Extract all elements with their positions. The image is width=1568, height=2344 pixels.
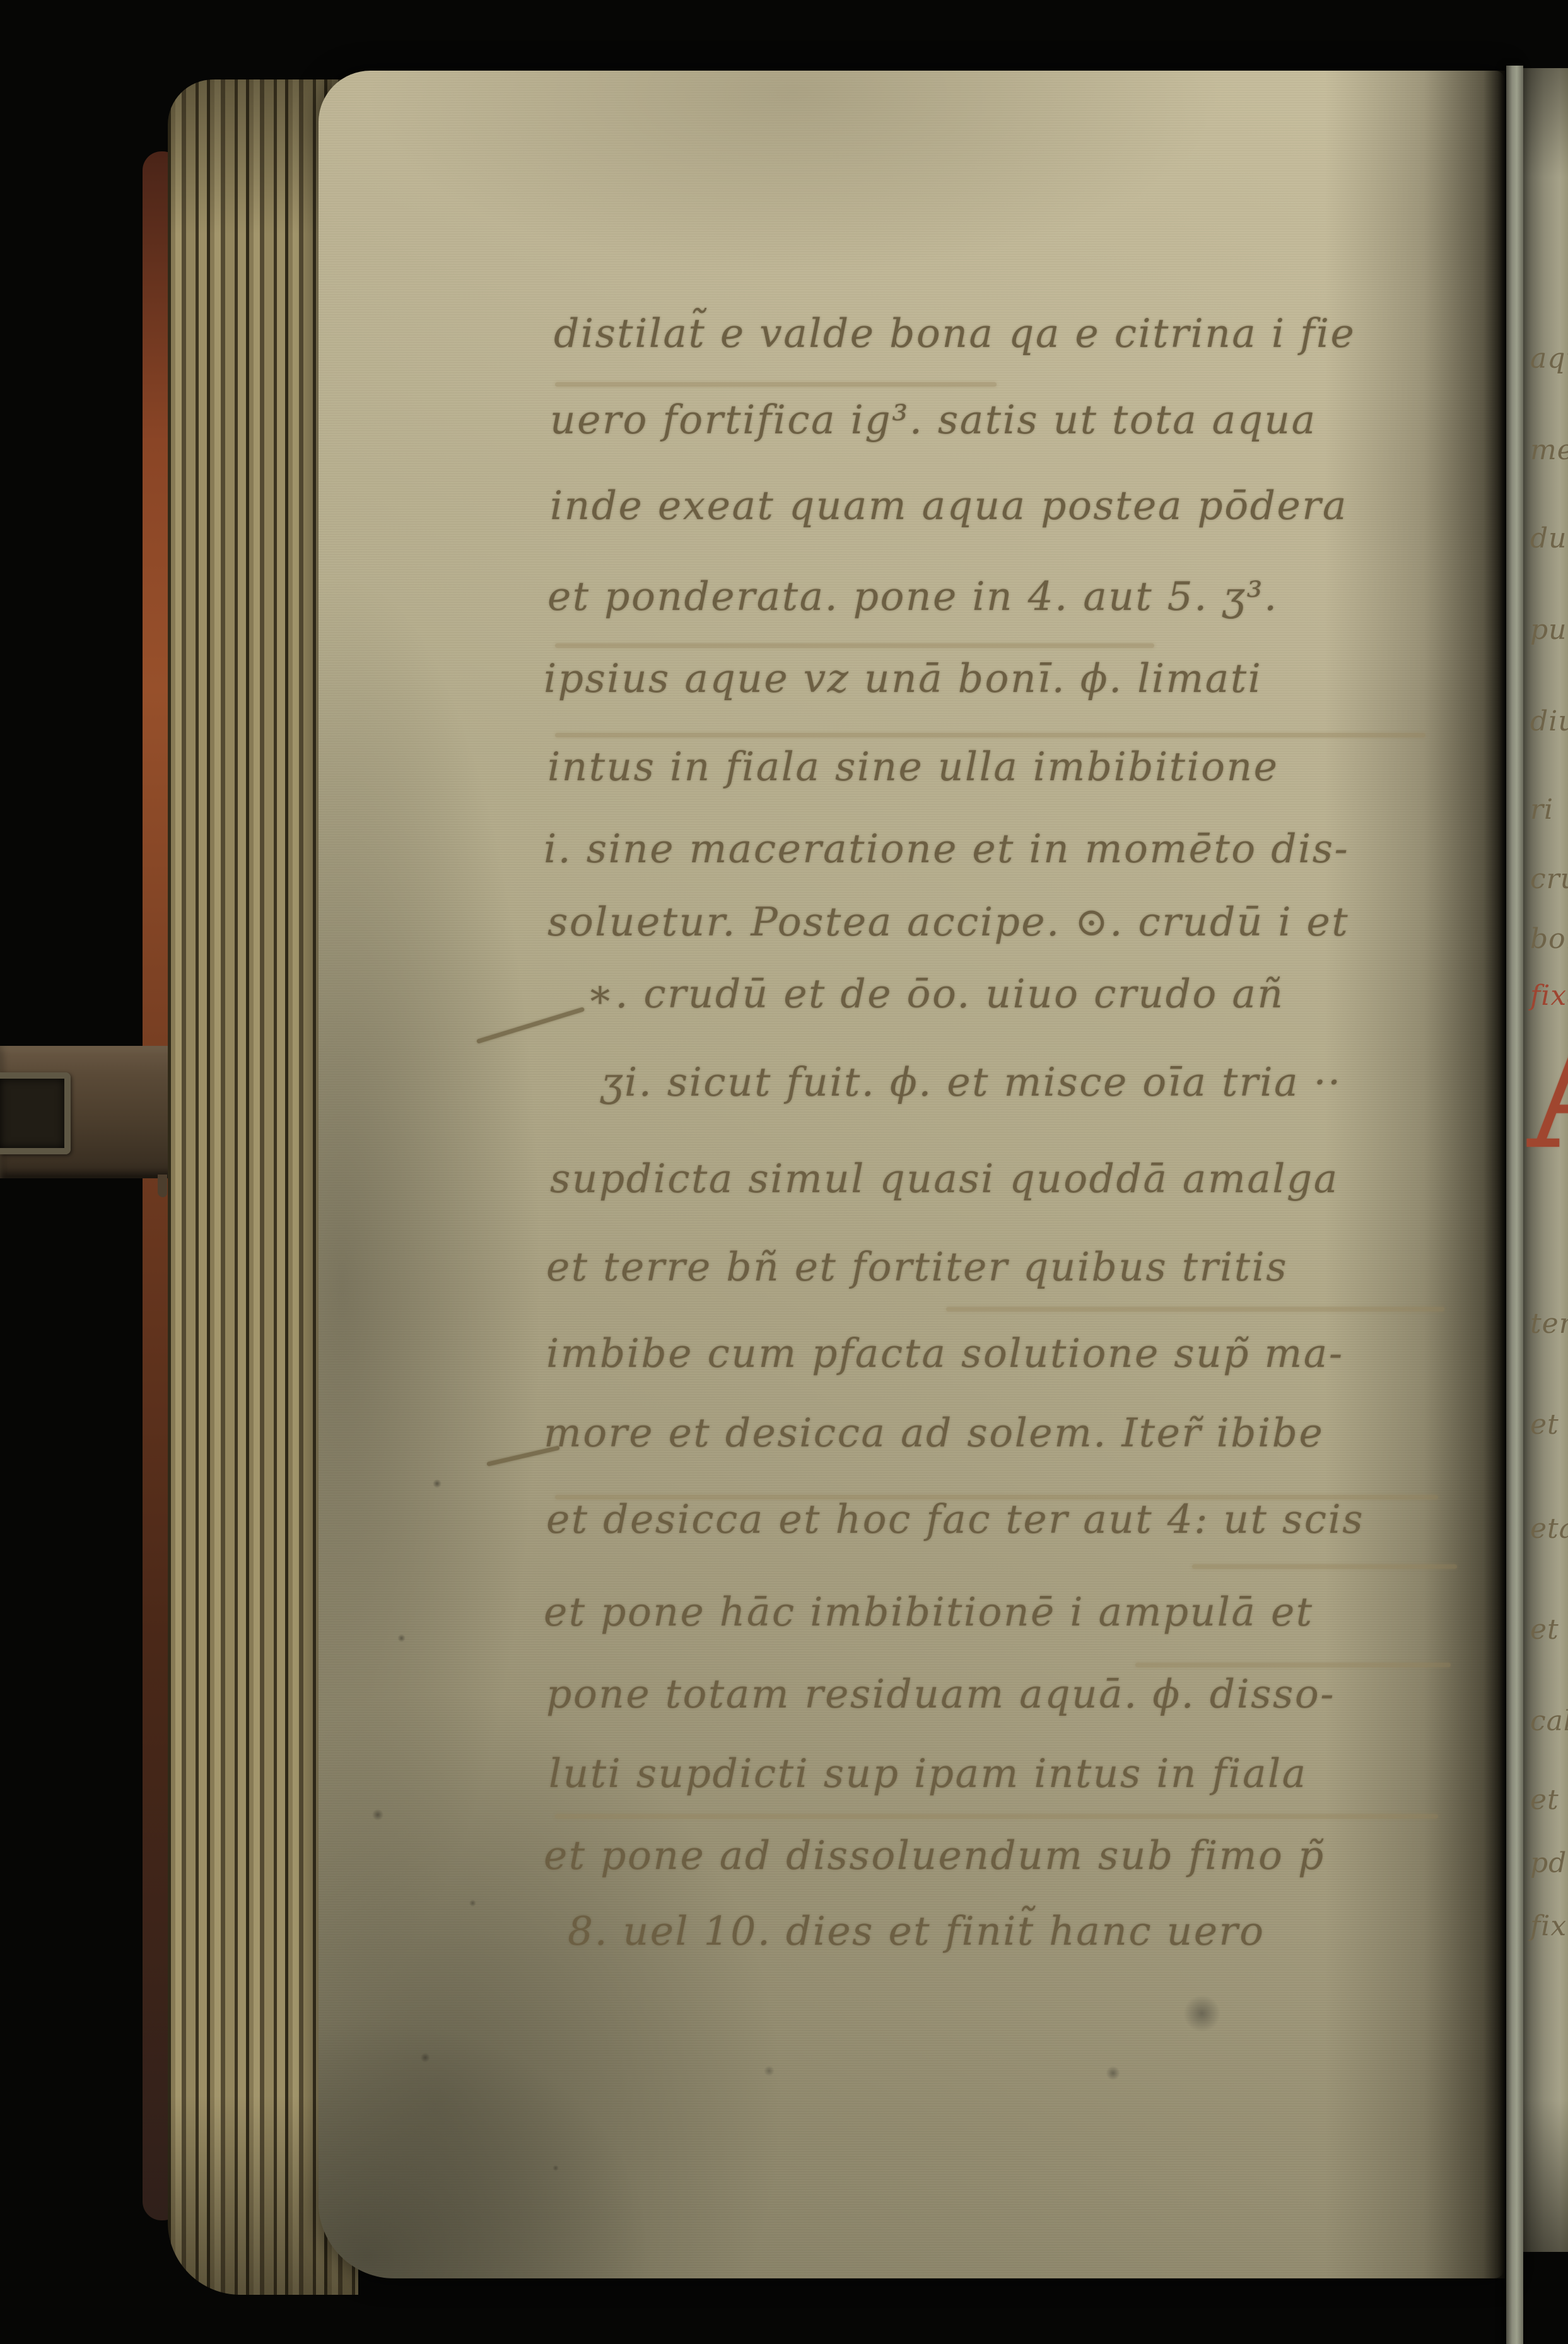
rubric-initial-a: A bbox=[1528, 1013, 1568, 1172]
recto-fragment: pduc bbox=[1530, 1847, 1568, 1879]
ruling-smear bbox=[555, 643, 1154, 648]
manuscript-line: imbibe cum pfacta solutione sup̃ ma- bbox=[546, 1330, 1344, 1376]
manuscript-line: ipsius aque vz unā bonī. ϕ. limati bbox=[544, 655, 1262, 701]
recto-fragment: mec bbox=[1530, 434, 1568, 466]
gutter-shadow bbox=[1325, 71, 1505, 2278]
manuscript-line: i. sine maceratione et in momēto dis- bbox=[544, 826, 1349, 872]
manuscript-line: et pone ad dissoluendum sub fimo p̃ bbox=[544, 1832, 1325, 1878]
recto-fragment: et po bbox=[1530, 1409, 1568, 1441]
recto-fragment: aqu bbox=[1530, 343, 1568, 375]
clasp-buckle bbox=[0, 1072, 71, 1154]
recto-fragment: et pn bbox=[1530, 1614, 1568, 1646]
manuscript-line: et pone hāc imbibitionē i ampulā et bbox=[544, 1589, 1314, 1635]
manuscript-line: et desicca et hoc fac ter aut 4: ut scis bbox=[546, 1496, 1364, 1542]
manuscript-line: more et desicca ad solem. Iter̃ ibibe bbox=[544, 1410, 1324, 1456]
right-page-sliver: aqu mec du pu diu ri cru bon fixa A terr… bbox=[1521, 68, 1568, 2252]
recto-fragment: calcu bbox=[1530, 1705, 1568, 1737]
recto-fragment: du bbox=[1530, 522, 1567, 554]
recto-fragment: ri bbox=[1530, 794, 1553, 826]
ruling-smear bbox=[555, 733, 1425, 737]
recto-fragment: cru bbox=[1530, 863, 1568, 895]
recto-fragment: pu bbox=[1530, 614, 1567, 646]
ruling-smear bbox=[1135, 1663, 1451, 1667]
recto-fragment: etate bbox=[1530, 1513, 1568, 1545]
manuscript-line-with-asterisk: ∗. crudū et de ōo. uiuo crudo añ bbox=[587, 971, 1285, 1017]
manuscript-photo: distilat̃ e valde bona qa e citrina i fi… bbox=[0, 0, 1568, 2344]
manuscript-line: intus in fiala sine ulla imbibitione bbox=[547, 744, 1278, 790]
ruling-smear bbox=[555, 382, 997, 387]
manuscript-line: supdicta simul quasi quoddā amalga bbox=[550, 1156, 1339, 1202]
manuscript-line: distilat̃ e valde bona qa e citrina i fi… bbox=[554, 310, 1355, 356]
manuscript-line: pone totam residuam aquā. ϕ. disso- bbox=[546, 1671, 1335, 1717]
manuscript-line: 8. uel 10. dies et finit̃ hanc uero bbox=[568, 1908, 1265, 1954]
recto-fragment: diu bbox=[1530, 705, 1568, 737]
recto-fragment: bon bbox=[1530, 923, 1568, 955]
manuscript-line: et terre bñ et fortiter quibus tritis bbox=[546, 1244, 1288, 1290]
strap-fragment bbox=[158, 1175, 167, 1197]
recto-fragment: et cla bbox=[1530, 1784, 1568, 1816]
manuscript-line: ʒi. sicut fuit. ϕ. et misce oīa tria ·· bbox=[600, 1059, 1342, 1105]
manuscript-line: soluetur. Postea accipe. ⊙. crudū i et bbox=[547, 899, 1349, 945]
page-holder-strip bbox=[1506, 66, 1523, 2344]
ruling-smear bbox=[946, 1307, 1444, 1311]
manuscript-line: luti supdicti sup ipam intus in fiala bbox=[549, 1750, 1308, 1796]
ruling-smear bbox=[555, 1814, 1438, 1819]
manuscript-line: inde exeat quam aqua postea pōdera bbox=[550, 483, 1348, 529]
ruling-smear bbox=[1192, 1564, 1457, 1569]
recto-fragment: terre bbox=[1530, 1308, 1568, 1340]
recto-fragment: fixti bbox=[1530, 1910, 1568, 1942]
manuscript-line: et ponderata. pone in 4. aut 5. ʒ³. bbox=[547, 573, 1278, 619]
manuscript-line: uero fortifica ig³. satis ut tota aqua bbox=[550, 397, 1317, 443]
